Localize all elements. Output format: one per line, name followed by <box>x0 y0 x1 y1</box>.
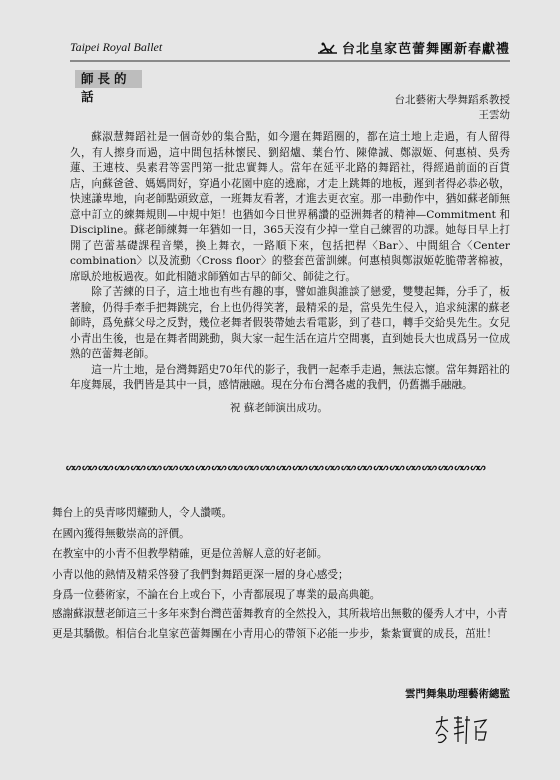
blessing-line: 祝 蘇老師演出成功。 <box>230 400 328 415</box>
page-header: Taipei Royal Ballet 台北皇家芭蕾舞團新春獻禮 <box>70 38 510 58</box>
paragraph: 除了苦練的日子，這土地也有些有趣的事，譬如誰與誰談了戀愛，雙雙起舞，分手了，板著… <box>70 285 510 363</box>
quote-line: 在教室中的小青不但教學精確，更是位善解人意的好老師。 <box>52 544 380 565</box>
dancer-logo-icon <box>317 41 339 55</box>
header-left-title: Taipei Royal Ballet <box>70 40 162 55</box>
section-tag: 師長的話 <box>75 70 142 88</box>
author-affiliation: 台北藝術大學舞蹈系教授 <box>395 93 511 108</box>
quote-line: 舞台上的吳青哆閃耀動人，令人讚嘆。 <box>52 503 380 524</box>
header-divider <box>70 60 510 62</box>
quote-line: 在國內獲得無數崇高的評價。 <box>52 524 380 545</box>
quote-line: 身爲一位藝術家，不論在台上或台下，小青都展現了專業的最高典範。 <box>52 585 380 606</box>
paragraph: 蘇淑慧舞蹈社是一個奇妙的集合點，如今還在舞蹈圈的，都在這土地上走過，有人留得久，… <box>70 130 510 285</box>
handwritten-signature-icon <box>432 712 492 748</box>
paragraph: 這一片土地，是台灣舞蹈史70年代的影子，我們一起牽手走過，無法忘懷。當年舞蹈社的… <box>70 363 510 394</box>
quote-line: 小青以他的熱情及精采啓發了我們對舞蹈更深一層的身心感受； <box>52 565 380 586</box>
header-right-title-group: 台北皇家芭蕾舞團新春獻禮 <box>317 38 510 57</box>
byline: 台北藝術大學舞蹈系教授 王雲幼 <box>395 93 511 123</box>
ornamental-divider: ᔕᔕ ᔕᔕ ᔕᔕ ᔕᔕ ᔕᔕ ᔕᔕ ᔕᔕ ᔕᔕ ᔕᔕ ᔕᔕ ᔕᔕ ᔕᔕ ᔕᔕ ᔕ… <box>66 463 512 473</box>
article-body: 蘇淑慧舞蹈社是一個奇妙的集合點，如今還在舞蹈圈的，都在這土地上走過，有人留得久，… <box>70 130 510 394</box>
quote-list: 舞台上的吳青哆閃耀動人，令人讚嘆。 在國內獲得無數崇高的評價。 在教室中的小青不… <box>52 503 380 606</box>
author-name: 王雲幼 <box>395 108 511 123</box>
signer-title: 雲門舞集助理藝術總監 <box>405 686 510 701</box>
header-right-title: 台北皇家芭蕾舞團新春獻禮 <box>342 38 510 57</box>
thanks-paragraph: 感謝蘇淑慧老師這三十多年來對台灣芭蕾舞教育的全然投入，其所栽培出無數的優秀人才中… <box>52 605 512 644</box>
